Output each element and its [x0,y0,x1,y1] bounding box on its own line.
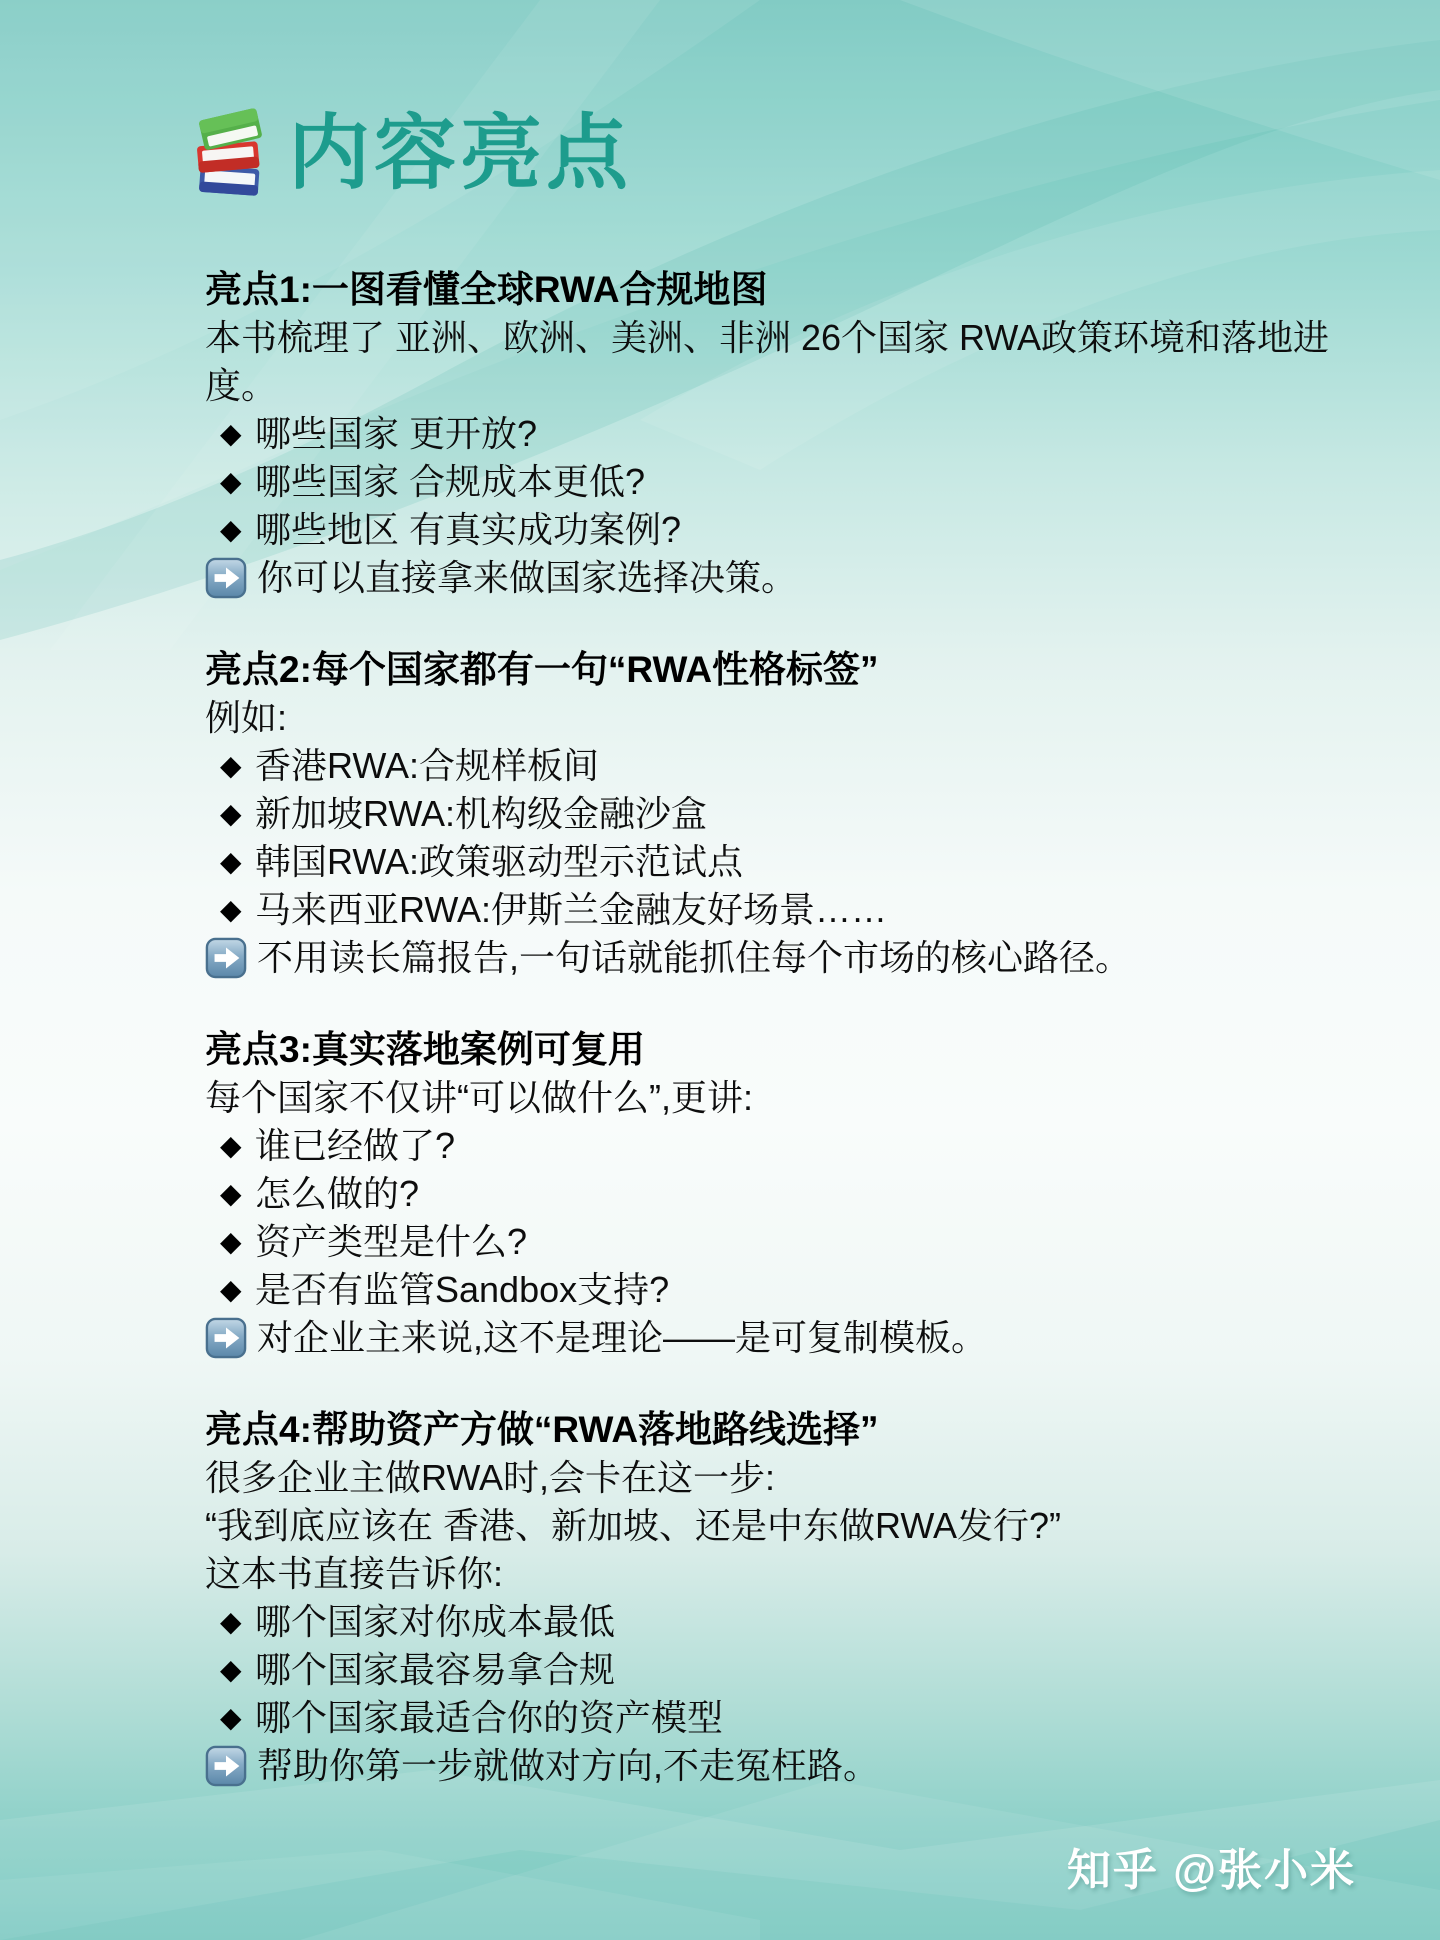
section-heading: 亮点2:每个国家都有一句“RWA性格标签” [205,646,1352,694]
bullet-item: ◆ 哪个国家最容易拿合规 [205,1646,1352,1694]
page-title: 内容亮点 [288,113,632,195]
section-intro: 这本书直接告诉你: [205,1550,1352,1598]
diamond-bullet-icon: ◆ [205,1266,255,1314]
diamond-bullet-icon: ◆ [205,1694,255,1742]
bullet-text: 是否有监管Sandbox支持? [255,1266,669,1314]
section-intro: 很多企业主做RWA时,会卡在这一步: [205,1454,1352,1502]
diamond-bullet-icon: ◆ [205,790,255,838]
highlight-section-3: 亮点3:真实落地案例可复用 每个国家不仅讲“可以做什么”,更讲: ◆ 谁已经做了… [205,1026,1352,1362]
conclusion-text: 对企业主来说,这不是理论——是可复制模板。 [257,1314,987,1362]
bullet-text: 马来西亚RWA:伊斯兰金融友好场景…… [255,886,887,934]
bullet-text: 谁已经做了? [255,1122,455,1170]
diamond-bullet-icon: ◆ [205,742,255,790]
section-intro: 每个国家不仅讲“可以做什么”,更讲: [205,1074,1352,1122]
bullet-text: 哪个国家最适合你的资产模型 [255,1694,723,1742]
infographic-poster: 内容亮点 亮点1:一图看懂全球RWA合规地图 本书梳理了 亚洲、欧洲、美洲、非洲… [0,0,1440,1940]
bullet-text: 怎么做的? [255,1170,419,1218]
watermark-credit: 知乎 @张小米 [1067,1834,1356,1898]
bullet-text: 香港RWA:合规样板间 [255,742,599,790]
section-intro: 例如: [205,694,1352,742]
bullet-text: 韩国RWA:政策驱动型示范试点 [255,838,743,886]
bullet-text: 哪些国家 更开放? [255,410,537,458]
diamond-bullet-icon: ◆ [205,506,255,554]
bullet-item: ◆ 马来西亚RWA:伊斯兰金融友好场景…… [205,886,1352,934]
bullet-text: 哪些地区 有真实成功案例? [255,506,681,554]
diamond-bullet-icon: ◆ [205,1598,255,1646]
conclusion-line: 帮助你第一步就做对方向,不走冤枉路。 [205,1742,1352,1790]
diamond-bullet-icon: ◆ [205,1170,255,1218]
diamond-bullet-icon: ◆ [205,838,255,886]
bullet-item: ◆ 资产类型是什么? [205,1218,1352,1266]
bullet-text: 哪些国家 合规成本更低? [255,458,645,506]
bullet-text: 哪个国家对你成本最低 [255,1598,615,1646]
bullet-item: ◆ 新加坡RWA:机构级金融沙盒 [205,790,1352,838]
bullet-item: ◆ 香港RWA:合规样板间 [205,742,1352,790]
right-arrow-icon [205,557,247,599]
right-arrow-icon [205,937,247,979]
bullet-item: ◆ 是否有监管Sandbox支持? [205,1266,1352,1314]
conclusion-text: 不用读长篇报告,一句话就能抓住每个市场的核心路径。 [257,934,1131,982]
diamond-bullet-icon: ◆ [205,410,255,458]
diamond-bullet-icon: ◆ [205,1122,255,1170]
bullet-item: ◆ 怎么做的? [205,1170,1352,1218]
bullet-item: ◆ 谁已经做了? [205,1122,1352,1170]
section-intro: 本书梳理了 亚洲、欧洲、美洲、非洲 26个国家 RWA政策环境和落地进度。 [205,314,1352,410]
conclusion-text: 你可以直接拿来做国家选择决策。 [257,554,797,602]
section-intro-quote: “我到底应该在 香港、新加坡、还是中东做RWA发行?” [205,1502,1352,1550]
highlight-section-2: 亮点2:每个国家都有一句“RWA性格标签” 例如: ◆ 香港RWA:合规样板间 … [205,646,1352,982]
bullet-text: 哪个国家最容易拿合规 [255,1646,615,1694]
diamond-bullet-icon: ◆ [205,1646,255,1694]
conclusion-line: 对企业主来说,这不是理论——是可复制模板。 [205,1314,1352,1362]
diamond-bullet-icon: ◆ [205,1218,255,1266]
header: 内容亮点 [192,108,632,200]
right-arrow-icon [205,1317,247,1359]
highlight-section-1: 亮点1:一图看懂全球RWA合规地图 本书梳理了 亚洲、欧洲、美洲、非洲 26个国… [205,266,1352,602]
section-heading: 亮点4:帮助资产方做“RWA落地路线选择” [205,1406,1352,1454]
bullet-item: ◆ 哪个国家对你成本最低 [205,1598,1352,1646]
conclusion-line: 你可以直接拿来做国家选择决策。 [205,554,1352,602]
bullet-text: 资产类型是什么? [255,1218,527,1266]
conclusion-line: 不用读长篇报告,一句话就能抓住每个市场的核心路径。 [205,934,1352,982]
highlight-section-4: 亮点4:帮助资产方做“RWA落地路线选择” 很多企业主做RWA时,会卡在这一步:… [205,1406,1352,1790]
right-arrow-icon [205,1745,247,1787]
section-heading: 亮点1:一图看懂全球RWA合规地图 [205,266,1352,314]
bullet-item: ◆ 哪些国家 更开放? [205,410,1352,458]
bullet-text: 新加坡RWA:机构级金融沙盒 [255,790,707,838]
conclusion-text: 帮助你第一步就做对方向,不走冤枉路。 [257,1742,879,1790]
bullet-item: ◆ 哪个国家最适合你的资产模型 [205,1694,1352,1742]
bullet-item: ◆ 韩国RWA:政策驱动型示范试点 [205,838,1352,886]
bullet-item: ◆ 哪些国家 合规成本更低? [205,458,1352,506]
bullet-item: ◆ 哪些地区 有真实成功案例? [205,506,1352,554]
section-heading: 亮点3:真实落地案例可复用 [205,1026,1352,1074]
diamond-bullet-icon: ◆ [205,886,255,934]
diamond-bullet-icon: ◆ [205,458,255,506]
books-icon [192,108,268,200]
content: 亮点1:一图看懂全球RWA合规地图 本书梳理了 亚洲、欧洲、美洲、非洲 26个国… [205,266,1352,1790]
